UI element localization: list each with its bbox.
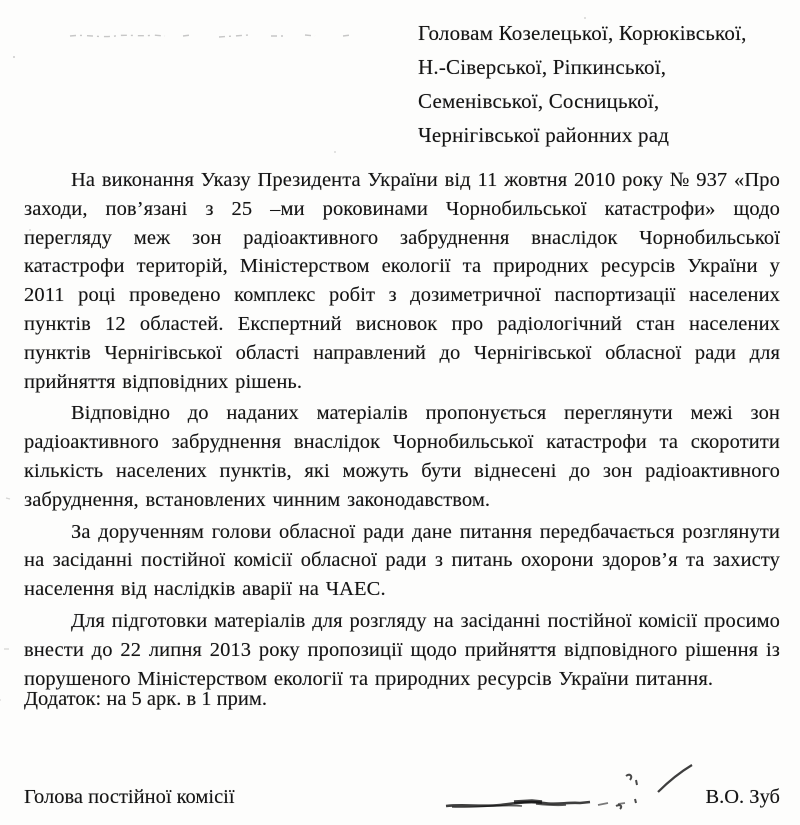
recipient-line: Головам Козелецької, Корюківської, — [418, 16, 788, 50]
attachment-note: Додаток: на 5 арк. в 1 прим. — [24, 688, 267, 711]
letter-body: На виконання Указу Президента України ві… — [24, 166, 780, 696]
signer-title: Голова постійної комісії — [24, 786, 235, 809]
signature-row: Голова постійної комісії В.О. Зуб — [24, 786, 780, 809]
recipient-line: Чернігівської районних рад — [418, 118, 788, 152]
signer-name: В.О. Зуб — [705, 786, 780, 809]
body-paragraph: Відповідно до наданих матеріалів пропону… — [24, 399, 780, 514]
body-paragraph: На виконання Указу Президента України ві… — [24, 166, 780, 396]
recipient-line: Семенівської, Сосницької, — [418, 84, 788, 118]
recipient-line: Н.-Сіверської, Ріпкинської, — [418, 50, 788, 84]
body-paragraph: За дорученням голови обласної ради дане … — [24, 518, 780, 604]
recipient-address-block: Головам Козелецької, Корюківської, Н.-Сі… — [418, 16, 788, 152]
body-paragraph: Для підготовки матеріалів для розгляду н… — [24, 607, 780, 693]
scanned-letter-page: Головам Козелецької, Корюківської, Н.-Сі… — [0, 0, 800, 825]
